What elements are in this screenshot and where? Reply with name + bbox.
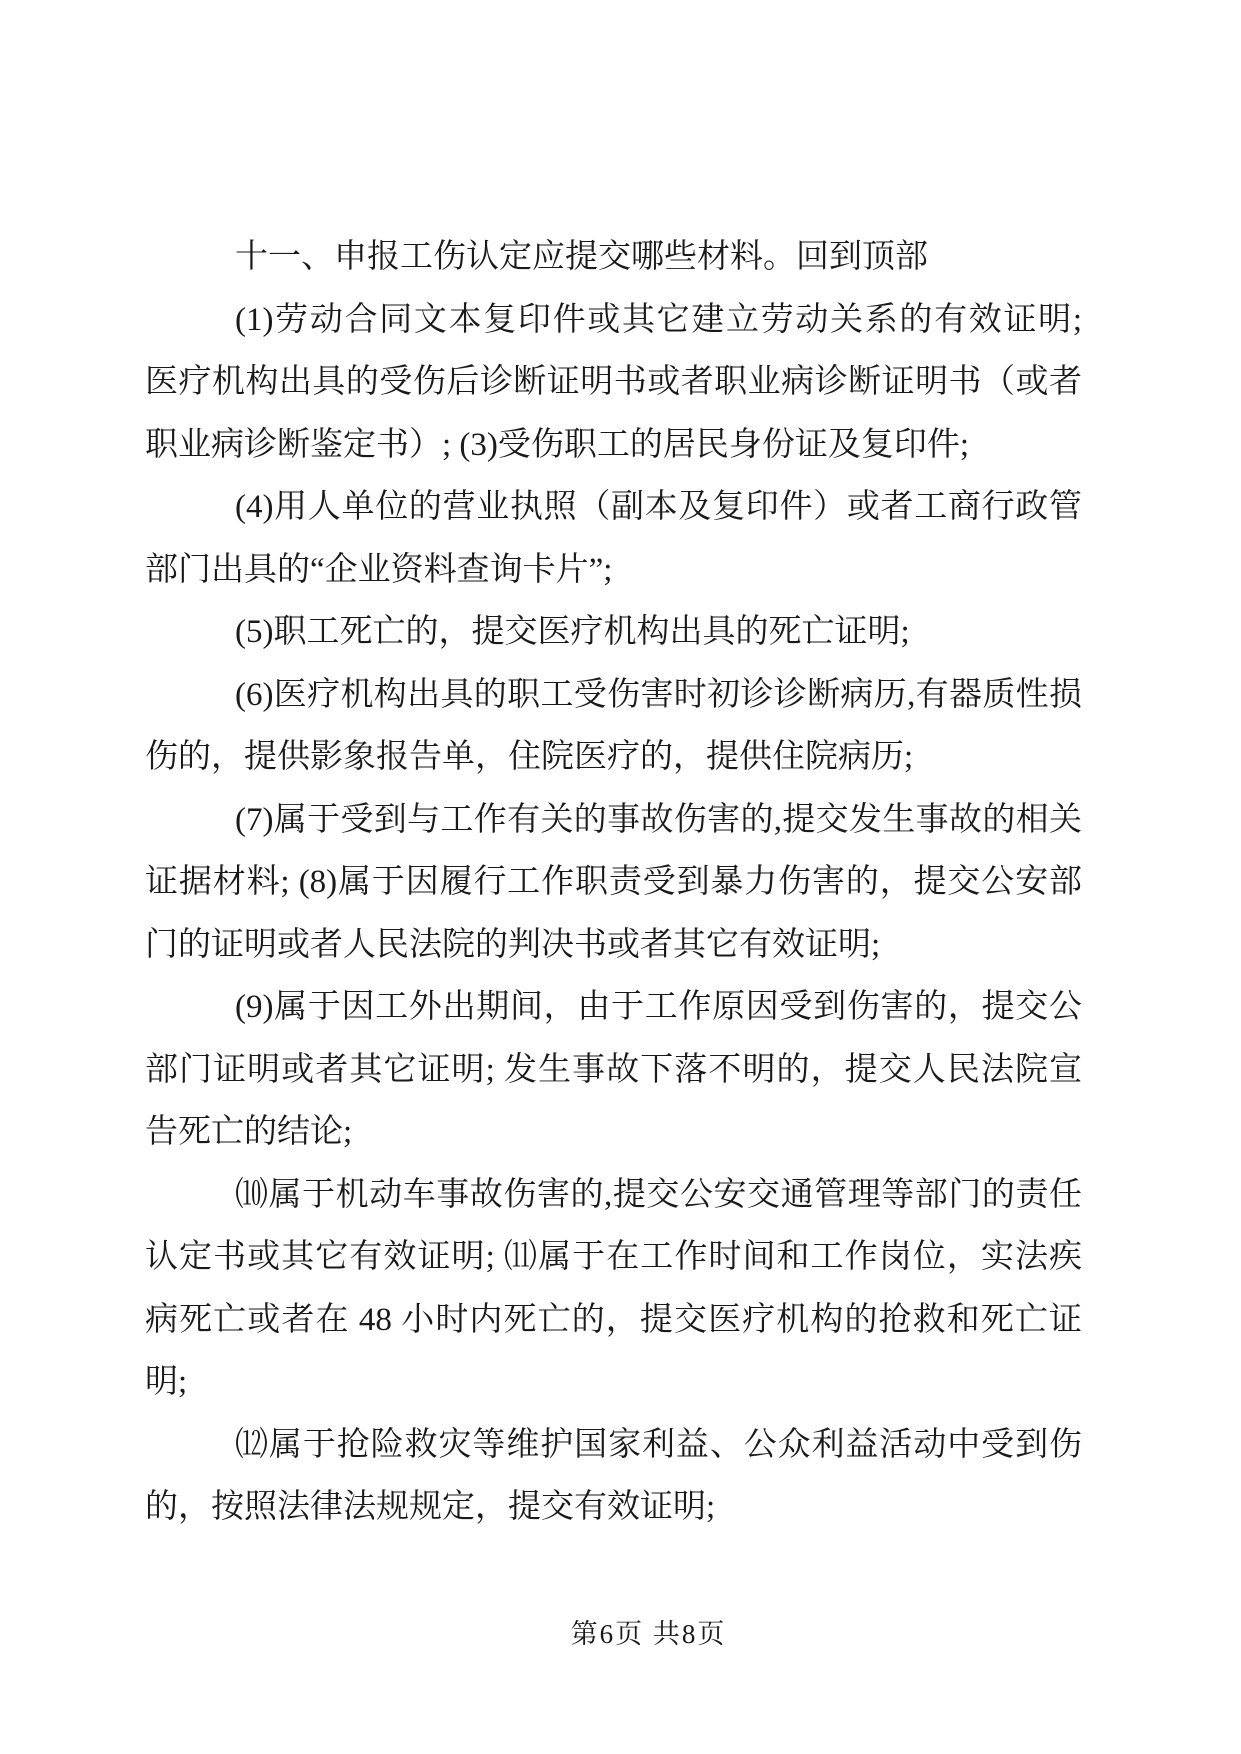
text-line: (6)医疗机构出具的职工受伤害时初诊诊断病历,有器质性损 (145, 664, 1082, 727)
text-line: 的，按照法律法规规定，提交有效证明; (145, 1476, 1082, 1539)
text-line: 职业病诊断鉴定书）; (3)受伤职工的居民身份证及复印件; (145, 414, 1082, 477)
text-line: (7)属于受到与工作有关的事故伤害的,提交发生事故的相关 (145, 789, 1082, 852)
text-line: (5)职工死亡的，提交医疗机构出具的死亡证明; (145, 601, 1082, 664)
text-line: 医疗机构出具的受伤后诊断证明书或者职业病诊断证明书（或者 (145, 351, 1082, 414)
page-footer: 第6页 共8页 (0, 1612, 1241, 1656)
text-line: 部门出具的“企业资料查询卡片”; (145, 539, 1082, 602)
text-line: 门的证明或者人民法院的判决书或者其它有效证明; (145, 914, 1082, 977)
text-line: 病死亡或者在 48 小时内死亡的，提交医疗机构的抢救和死亡证 (145, 1289, 1082, 1352)
text-line: (4)用人单位的营业执照（副本及复印件）或者工商行政管理 (145, 476, 1082, 539)
text-line: 告死亡的结论; (145, 1101, 1082, 1164)
text-line: 认定书或其它有效证明; ⑾属于在工作时间和工作岗位，实法疾 (145, 1226, 1082, 1289)
document-page: 十一、申报工伤认定应提交哪些材料。回到顶部(1)劳动合同文本复印件或其它建立劳动… (0, 0, 1241, 1754)
text-line: ⑽属于机动车事故伤害的,提交公安交通管理等部门的责任 (145, 1164, 1082, 1227)
text-line: 明; (145, 1351, 1082, 1414)
page-number-indicator: 第6页 共8页 (571, 1612, 727, 1656)
text-line: 伤的，提供影象报告单，住院医疗的，提供住院病历; (145, 726, 1082, 789)
text-line: (9)属于因工外出期间，由于工作原因受到伤害的，提交公安 (145, 976, 1082, 1039)
text-line: 证据材料; (8)属于因履行工作职责受到暴力伤害的，提交公安部 (145, 851, 1082, 914)
text-line: (1)劳动合同文本复印件或其它建立劳动关系的有效证明; (2) (145, 289, 1082, 352)
text-line: ⑿属于抢险救灾等维护国家利益、公众利益活动中受到伤害 (145, 1414, 1082, 1477)
document-body: 十一、申报工伤认定应提交哪些材料。回到顶部(1)劳动合同文本复印件或其它建立劳动… (145, 226, 1082, 1539)
text-line: 十一、申报工伤认定应提交哪些材料。回到顶部 (145, 226, 1082, 289)
text-line: 部门证明或者其它证明; 发生事故下落不明的，提交人民法院宣 (145, 1039, 1082, 1102)
